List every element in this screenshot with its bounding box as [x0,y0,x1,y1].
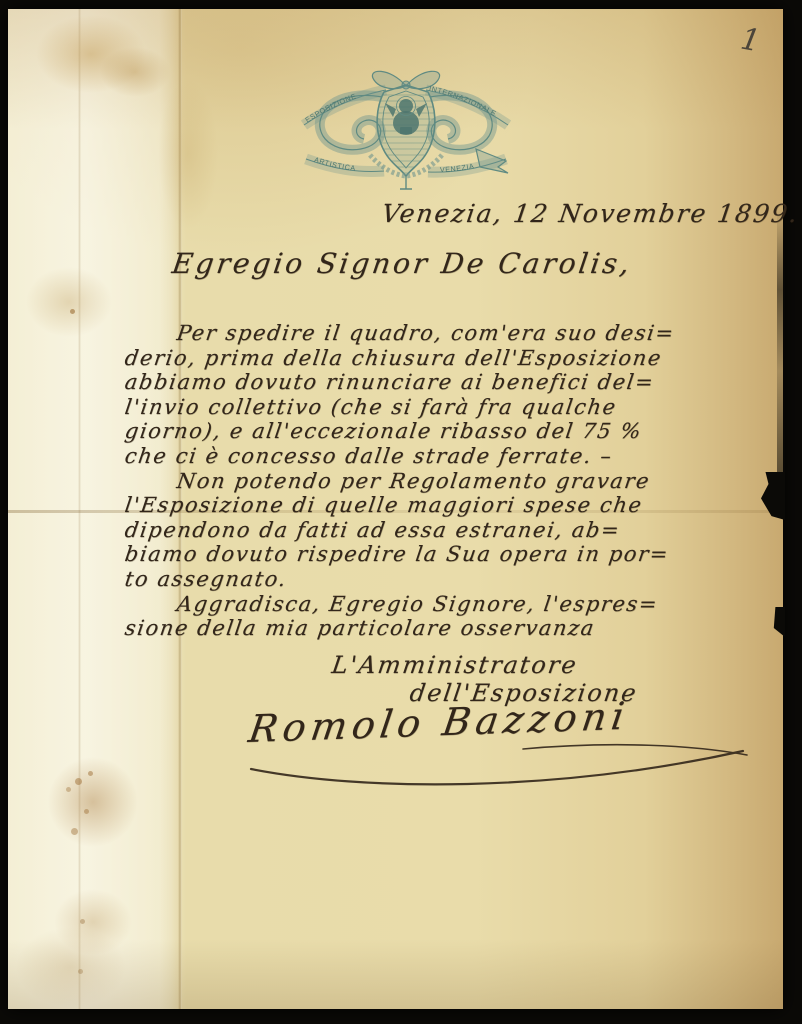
letter-line: l'invio collettivo (che si farà fra qual… [123,395,746,420]
lion-of-st-mark-icon [385,99,427,135]
svg-text:ESPOSIZIONE: ESPOSIZIONE [304,91,358,124]
letter-line: Non potendo per Regolamento gravare [123,469,746,494]
paper-shading [8,939,783,1009]
paper-tear-notch [769,607,785,637]
stain [36,15,146,93]
letter-page: ESPOSIZIONE INTERNAZIONALE ARTISTICA VEN… [8,9,783,1009]
svg-text:INTERNAZIONALE: INTERNAZIONALE [428,84,498,118]
venice-exposition-seal-icon: ESPOSIZIONE INTERNAZIONALE ARTISTICA VEN… [290,65,522,197]
letter-line: to assegnato. [123,567,746,592]
ragged-edge [777,209,785,479]
foxing-spots [70,309,75,314]
letter-line: che ci è concesso dalle strade ferrate. … [123,444,746,469]
ribbon-text-internazionale: INTERNAZIONALE [428,84,498,118]
ribbon-text-venezia: VENEZIA [440,161,475,174]
stain [16,927,126,1007]
stain [26,267,112,337]
ribbon-text-esposizione: ESPOSIZIONE [304,91,358,124]
letter-line: derio, prima della chiusura dell'Esposiz… [123,346,746,371]
letter-line: abbiamo dovuto rinunciare ai benefici de… [123,370,746,395]
svg-text:ARTISTICA: ARTISTICA [313,155,356,173]
salutation: Egregio Signor De Carolis, [170,247,634,280]
paper-tear-notch [755,472,785,520]
stain [48,757,138,847]
pencil-page-number: 1 [738,22,763,60]
letter-line: Per spedire il quadro, com'era suo desi= [123,321,746,346]
svg-text:VENEZIA: VENEZIA [440,161,475,174]
letter-line: biamo dovuto rispedire la Sua opera in p… [123,542,746,567]
closing-title-line1: L'Amministratore [330,651,580,679]
letter-body: Per spedire il quadro, com'era suo desi=… [125,321,745,641]
letter-line: Aggradisca, Egregio Signore, l'espres= [123,592,746,617]
stain [54,889,132,955]
signature: Romolo Bazzoni [246,694,632,751]
dateline: Venezia, 12 Novembre 1899. [380,199,801,228]
stain [158,79,218,229]
paper-shading [8,9,783,129]
photo-background: ESPOSIZIONE INTERNAZIONALE ARTISTICA VEN… [0,0,802,1024]
letter-line: dipendono da fatti ad essa estranei, ab= [123,518,746,543]
fold-crease-vertical-left [78,9,81,1009]
letter-line: l'Esposizione di quelle maggiori spese c… [123,493,746,518]
stain [100,47,170,97]
letter-line: giorno), e all'eccezionale ribasso del 7… [123,419,746,444]
letter-line: sione della mia particolare osservanza [123,616,746,641]
ribbon-text-artistica: ARTISTICA [313,155,356,173]
